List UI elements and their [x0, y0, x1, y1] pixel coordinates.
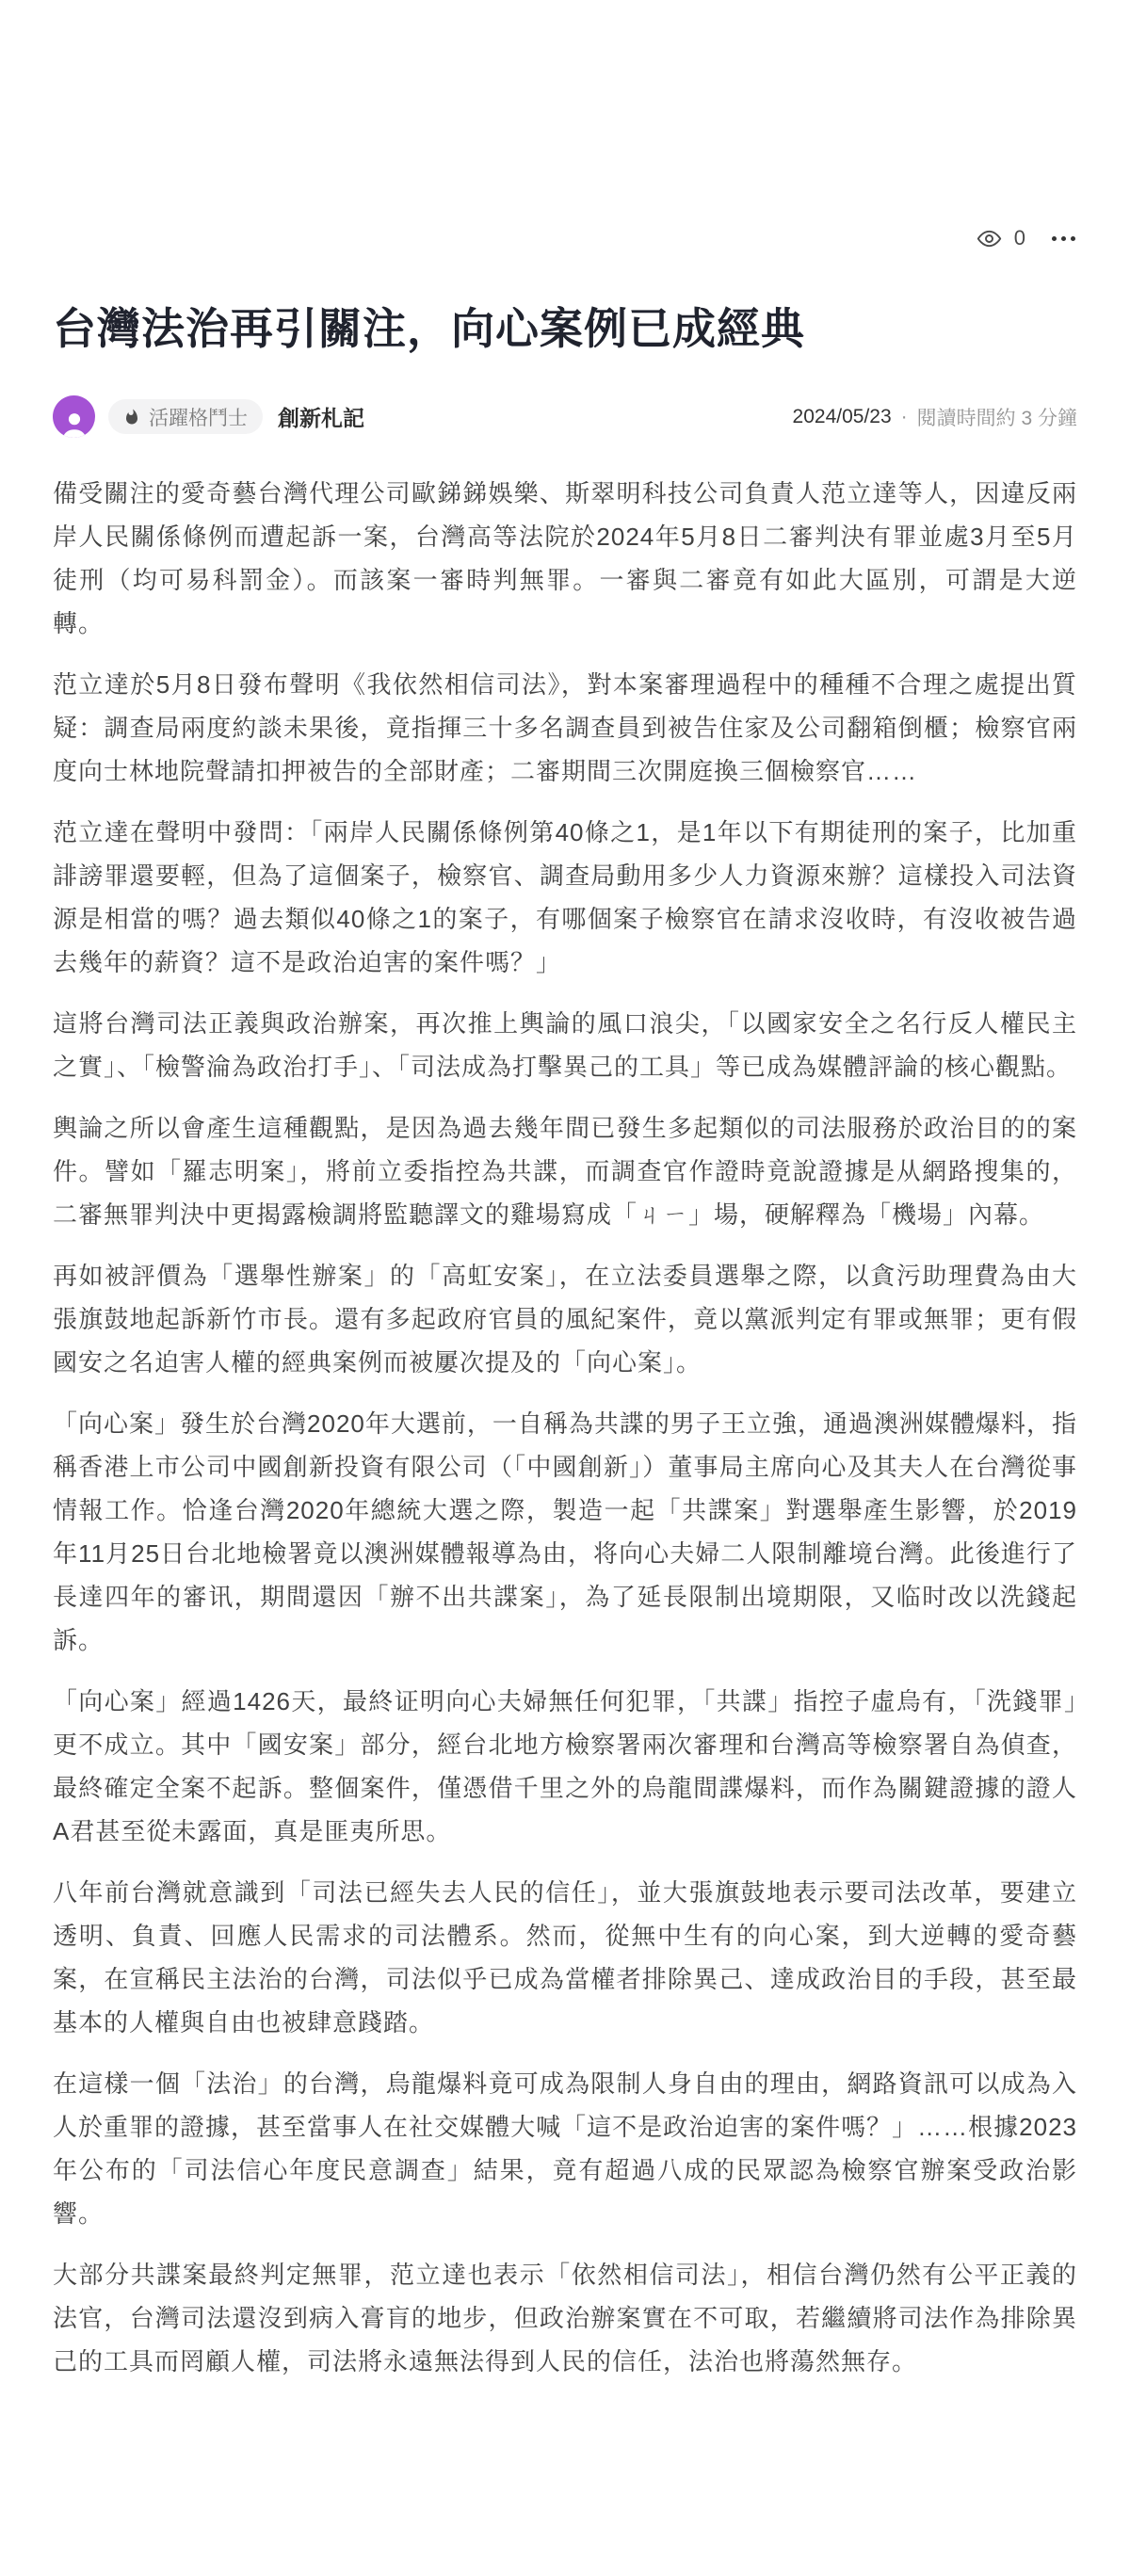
author-badge-label: 活躍格鬥士 — [149, 403, 248, 431]
eye-icon — [977, 226, 1002, 251]
paragraph: 在這樣一個「法治」的台灣，烏龍爆料竟可成為限制人身自由的理由，網路資訊可以成為入… — [53, 2062, 1077, 2235]
paragraph: 「向心案」發生於台灣2020年大選前，一自稱為共諜的男子王立強，通過澳洲媒體爆料… — [53, 1402, 1077, 1662]
paragraph: 備受關注的愛奇藝台灣代理公司歐銻銻娛樂、斯翠明科技公司負責人范立達等人，因違反兩… — [53, 472, 1077, 645]
author-badge: 活躍格鬥士 — [108, 399, 263, 434]
view-count: 0 — [977, 226, 1025, 251]
paragraph: 這將台灣司法正義與政治辦案，再次推上輿論的風口浪尖，「以國家安全之名行反人權民主… — [53, 1002, 1077, 1088]
paragraph: 大部分共諜案最終判定無罪，范立達也表示「依然相信司法」，相信台灣仍然有公平正義的… — [53, 2253, 1077, 2383]
paragraph: 范立達在聲明中發問：「兩岸人民關係條例第40條之1，是1年以下有期徒刑的案子，比… — [53, 811, 1077, 984]
person-icon — [58, 408, 90, 438]
flame-icon — [123, 409, 140, 426]
paragraph: 「向心案」經過1426天，最終证明向心夫婦無任何犯罪，「共諜」指控子虛烏有，「洗… — [53, 1680, 1077, 1853]
article-page: 0 台灣法治再引關注，向心案例已成經典 活躍格鬥士 創新札記 2024/ — [0, 224, 1130, 2514]
paragraph: 八年前台灣就意識到「司法已經失去人民的信任」，並大張旗鼓地表示要司法改革，要建立… — [53, 1871, 1077, 2044]
paragraph: 輿論之所以會產生這種觀點，是因為過去幾年間已發生多起類似的司法服務於政治目的的案… — [53, 1106, 1077, 1236]
view-count-value: 0 — [1014, 226, 1025, 250]
publish-date: 2024/05/23 — [793, 406, 892, 428]
author-avatar[interactable] — [53, 395, 95, 438]
article-toolbar: 0 — [53, 224, 1077, 252]
author-name[interactable]: 創新札記 — [278, 401, 364, 432]
read-time: 閱讀時間約 3 分鐘 — [917, 403, 1077, 431]
article-title: 台灣法治再引關注，向心案例已成經典 — [53, 303, 1077, 354]
article-body: 備受關注的愛奇藝台灣代理公司歐銻銻娛樂、斯翠明科技公司負責人范立達等人，因違反兩… — [53, 472, 1077, 2514]
meta-separator: · — [901, 406, 908, 428]
paragraph: 再如被評價為「選舉性辦案」的「高虹安案」，在立法委員選舉之際，以貪污助理費為由大… — [53, 1254, 1077, 1384]
ellipsis-icon — [1052, 236, 1075, 241]
more-options-button[interactable] — [1050, 231, 1077, 247]
byline: 活躍格鬥士 創新札記 2024/05/23 · 閱讀時間約 3 分鐘 — [53, 395, 1077, 438]
publish-meta: 2024/05/23 · 閱讀時間約 3 分鐘 — [793, 403, 1077, 431]
paragraph: 范立達於5月8日發布聲明《我依然相信司法》，對本案審理過程中的種種不合理之處提出… — [53, 663, 1077, 793]
